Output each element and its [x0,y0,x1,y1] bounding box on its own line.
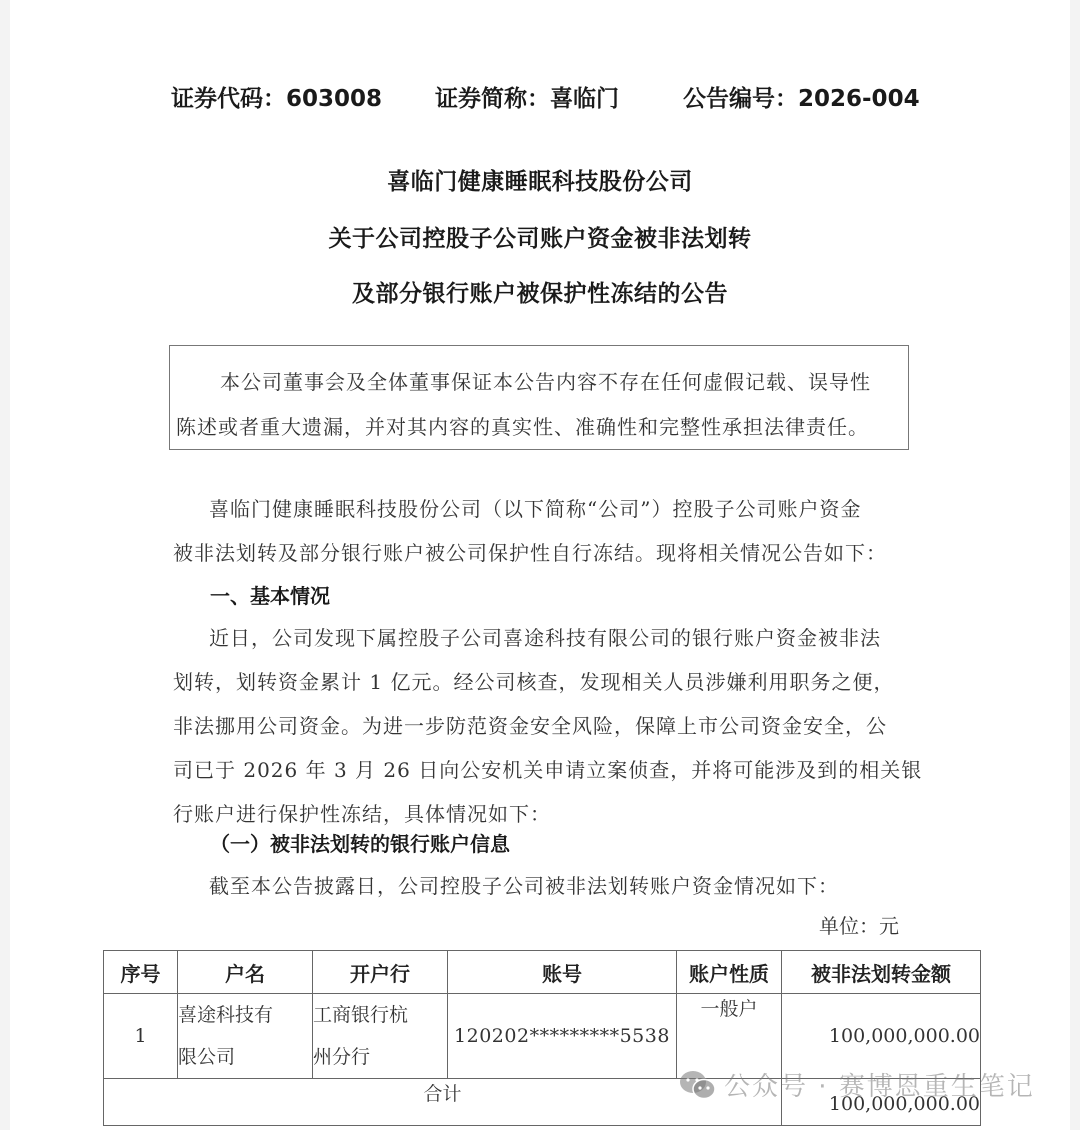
body-paragraph-line: 司已于 2026 年 3 月 26 日向公安机关申请立案侦查，并将可能涉及到的相… [173,754,922,783]
body-paragraph-line: 近日，公司发现下属控股子公司喜途科技有限公司的银行账户资金被非法 [209,622,881,651]
section-heading-basic-info: 一、基本情况 [210,580,330,609]
cell-account-number: 120202*********5538 [448,994,677,1079]
announcement-title-line2: 及部分银行账户被保护性冻结的公告 [10,275,1070,308]
watermark-text: 公众号 · 赛博恩重生笔记 [724,1066,1035,1103]
intro-paragraph-line: 喜临门健康睡眠科技股份公司（以下简称“公司”）控股子公司账户资金 [209,493,861,522]
security-abbreviation: 证券简称：喜临门 [435,80,619,113]
cell-text-line: 工商银行杭 [313,994,447,1036]
announcement-number: 公告编号：2026-004 [683,80,920,113]
cell-bank: 工商银行杭 州分行 [313,994,448,1079]
watermark: 公众号 · 赛博恩重生笔记 [678,1066,1035,1103]
unit-label: 单位：元 [819,910,899,939]
body-paragraph-line: 非法挪用公司资金。为进一步防范资金安全风险，保障上市公司资金安全，公 [173,710,887,739]
table-header-row: 序号 户名 开户行 账号 账户性质 被非法划转金额 [104,951,981,994]
board-statement-box: 本公司董事会及全体董事保证本公告内容不存在任何虚假记载、误导性 陈述或者重大遗漏… [169,345,909,450]
column-header-bank: 开户行 [313,951,448,994]
cell-text-line: 州分行 [313,1036,447,1078]
right-margin [1070,0,1080,1130]
body-paragraph-line: 划转，划转资金累计 1 亿元。经公司核查，发现相关人员涉嫌利用职务之便， [173,666,894,695]
column-header-account-name: 户名 [178,951,313,994]
cell-seq: 1 [104,994,178,1079]
company-name-title: 喜临门健康睡眠科技股份公司 [10,163,1070,196]
intro-paragraph-line: 被非法划转及部分银行账户被公司保护性自行冻结。现将相关情况公告如下： [173,537,887,566]
column-header-amount: 被非法划转金额 [782,951,981,994]
cell-account-name: 喜途科技有 限公司 [178,994,313,1079]
wechat-icon [678,1069,718,1101]
column-header-seq: 序号 [104,951,178,994]
security-code: 证券代码：603008 [171,80,382,113]
statement-line: 陈述或者重大遗漏，并对其内容的真实性、准确性和完整性承担法律责任。 [176,405,869,450]
statement-line: 本公司董事会及全体董事保证本公告内容不存在任何虚假记载、误导性 [220,360,871,405]
subsection-intro: 截至本公告披露日，公司控股子公司被非法划转账户资金情况如下： [209,870,839,899]
subsection-heading-transferred-accounts: （一）被非法划转的银行账户信息 [210,828,510,857]
cell-text-line: 限公司 [178,1036,312,1078]
body-paragraph-line: 行账户进行保护性冻结，具体情况如下： [173,798,551,827]
column-header-account-type: 账户性质 [677,951,782,994]
column-header-account-number: 账号 [448,951,677,994]
cell-text-line: 喜途科技有 [178,994,312,1036]
announcement-page: 证券代码：603008 证券简称：喜临门 公告编号：2026-004 喜临门健康… [10,0,1070,1130]
announcement-title-line1: 关于公司控股子公司账户资金被非法划转 [10,220,1070,253]
left-margin [0,0,10,1130]
